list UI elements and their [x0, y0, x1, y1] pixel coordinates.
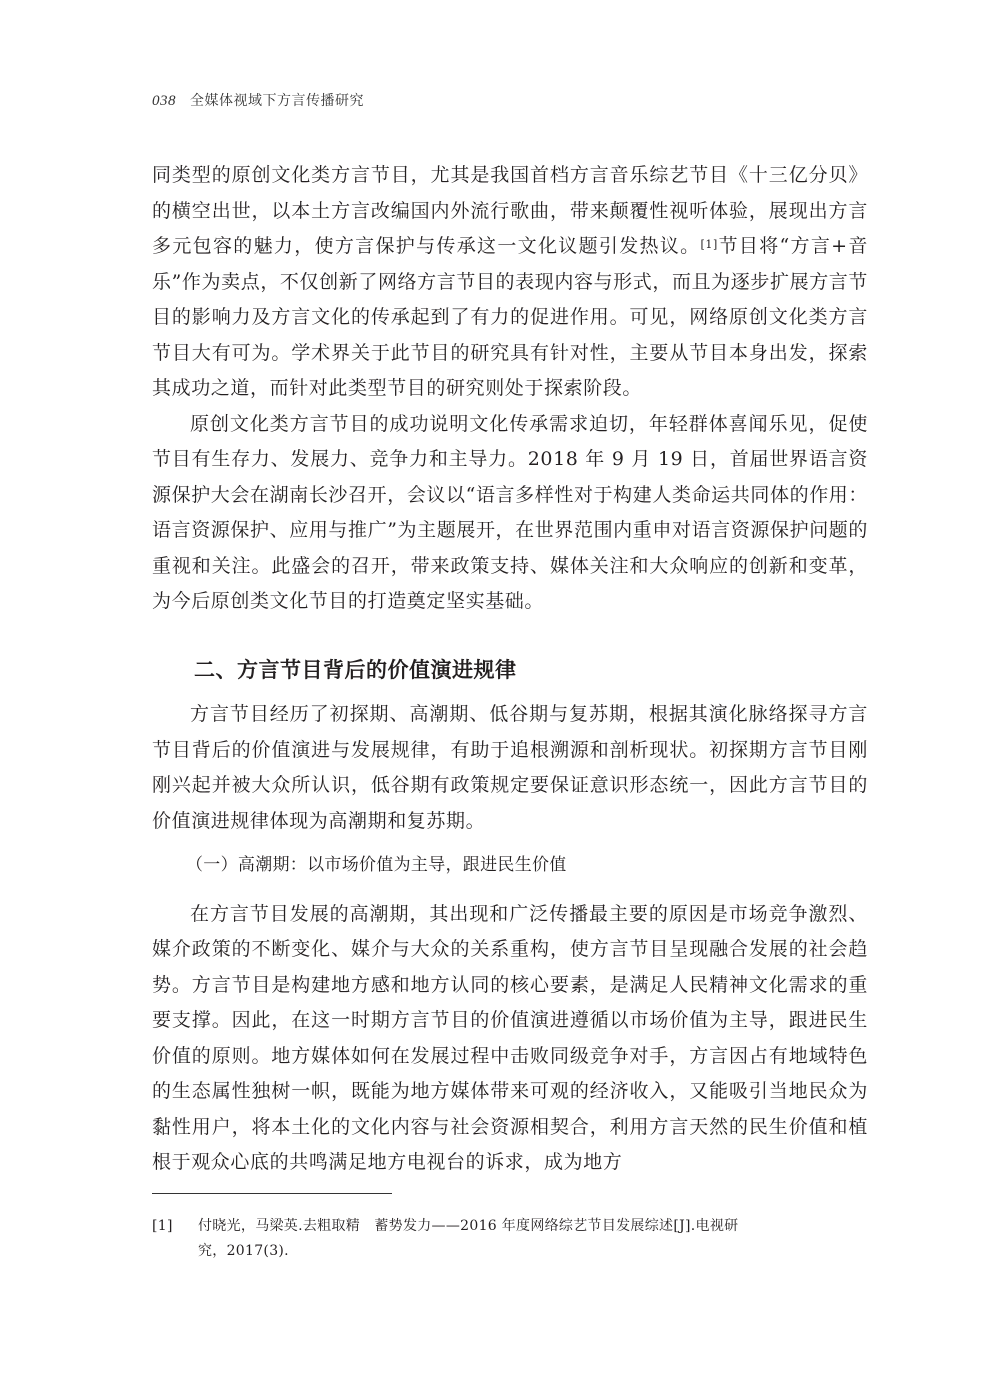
- footnote-mark: [1]: [152, 1214, 198, 1239]
- section-heading: 二、方言节目背后的价值演进规律: [152, 653, 868, 689]
- paragraph-1: 同类型的原创文化类方言节目，尤其是我国首档方言音乐综艺节目《十三亿分贝》的横空出…: [152, 158, 868, 407]
- paragraph-4: 在方言节目发展的高潮期，其出现和广泛传播最主要的原因是市场竞争激烈、媒介政策的不…: [152, 897, 868, 1181]
- paragraph-2: 原创文化类方言节目的成功说明文化传承需求迫切，年轻群体喜闻乐见，促使节目有生存力…: [152, 407, 868, 620]
- footnote-ref-1[interactable]: [1]: [700, 238, 717, 251]
- footnote-text-line1: 付晓光，马梁英.去粗取精 蓄势发力——2016 年度网络综艺节目发展综述[J].…: [198, 1218, 738, 1234]
- running-head: 038全媒体视域下方言传播研究: [152, 90, 364, 110]
- footnote-1: [1]付晓光，马梁英.去粗取精 蓄势发力——2016 年度网络综艺节目发展综述[…: [152, 1214, 868, 1264]
- footnote-divider: [152, 1193, 392, 1194]
- book-title: 全媒体视域下方言传播研究: [190, 93, 364, 109]
- page-number: 038: [152, 93, 176, 109]
- paragraph-3: 方言节目经历了初探期、高潮期、低谷期与复苏期，根据其演化脉络探寻方言节目背后的价…: [152, 697, 868, 839]
- subsection-heading: （一）高潮期：以市场价值为主导，跟进民生价值: [152, 848, 868, 884]
- page-body: 同类型的原创文化类方言节目，尤其是我国首档方言音乐综艺节目《十三亿分贝》的横空出…: [152, 158, 868, 1181]
- footnote-text-line2: 究，2017(3).: [152, 1239, 868, 1264]
